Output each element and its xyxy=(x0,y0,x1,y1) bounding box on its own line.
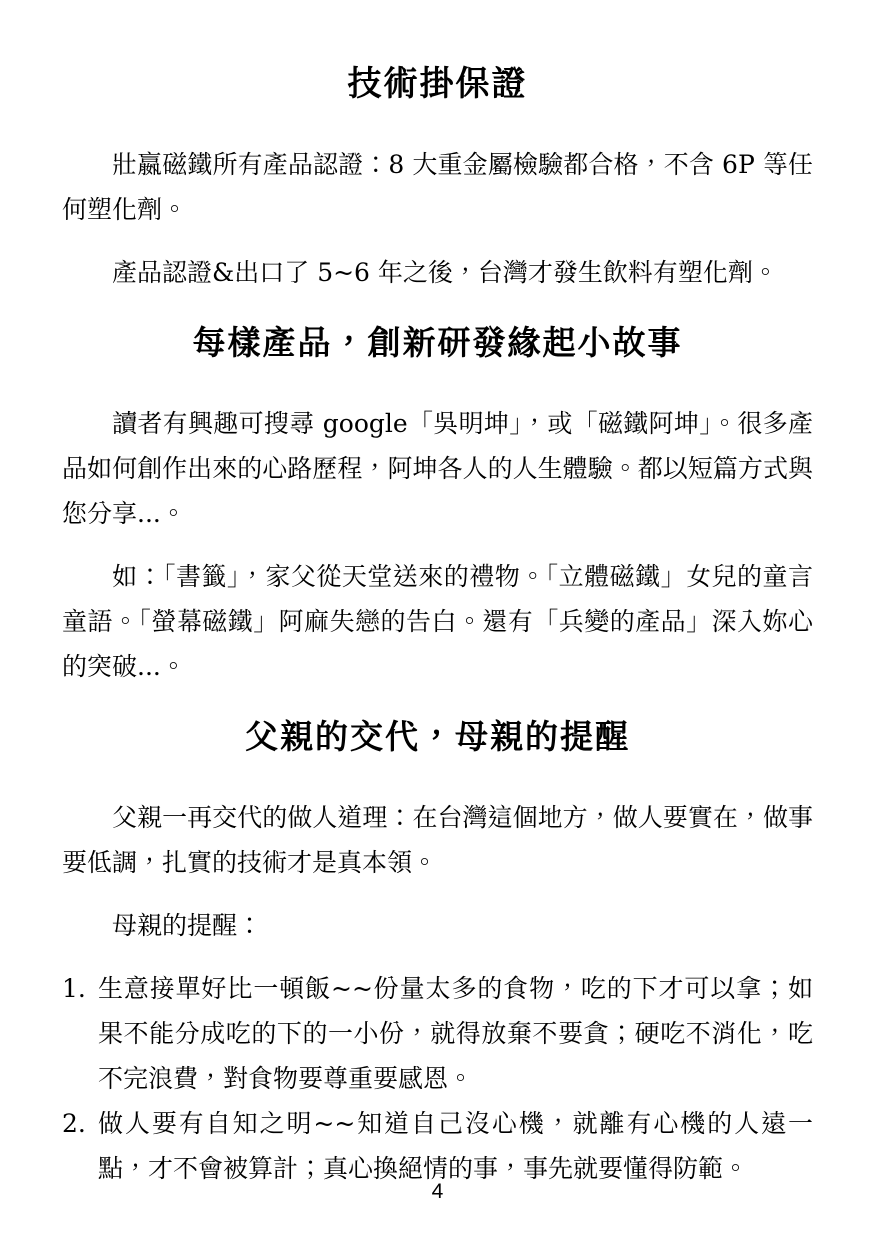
heading-parents-advice: 父親的交代，母親的提醒 xyxy=(62,715,813,759)
paragraph-product-examples: 如：「書籤」，家父從天堂送來的禮物。「立體磁鐵」女兒的童言童語。「螢幕磁鐵」阿麻… xyxy=(62,554,813,689)
paragraph-mother-reminder: 母親的提醒： xyxy=(62,903,813,948)
list-item-number: 1. xyxy=(62,966,98,1101)
doc-title: 技術掛保證 xyxy=(62,62,813,106)
list-item-text: 做人要有自知之明~~知道自己沒心機，就離有心機的人遠一點，才不會被算計；真心換絕… xyxy=(98,1101,813,1191)
paragraph-certification: 壯嬴磁鐵所有產品認證：8 大重金屬檢驗都合格，不含 6P 等任何塑化劑。 xyxy=(62,142,813,232)
page-number: 4 xyxy=(0,1180,875,1204)
list-item: 1. 生意接單好比一頓飯~~份量太多的食物，吃的下才可以拿；如果不能分成吃的下的… xyxy=(62,966,813,1101)
numbered-list: 1. 生意接單好比一頓飯~~份量太多的食物，吃的下才可以拿；如果不能分成吃的下的… xyxy=(62,966,813,1191)
paragraph-google-search: 讀者有興趣可搜尋 google「吳明坤」，或「磁鐵阿坤」。很多產品如何創作出來的… xyxy=(62,401,813,536)
heading-product-story: 每樣產品，創新研發緣起小故事 xyxy=(62,321,813,365)
list-item-text: 生意接單好比一頓飯~~份量太多的食物，吃的下才可以拿；如果不能分成吃的下的一小份… xyxy=(98,966,813,1101)
list-item: 2. 做人要有自知之明~~知道自己沒心機，就離有心機的人遠一點，才不會被算計；真… xyxy=(62,1101,813,1191)
paragraph-export: 產品認證&出口了 5~6 年之後，台灣才發生飲料有塑化劑。 xyxy=(62,250,813,295)
document-page: 技術掛保證 壯嬴磁鐵所有產品認證：8 大重金屬檢驗都合格，不含 6P 等任何塑化… xyxy=(0,0,875,1240)
list-item-number: 2. xyxy=(62,1101,98,1191)
paragraph-father-advice: 父親一再交代的做人道理：在台灣這個地方，做人要實在，做事要低調，扎實的技術才是真… xyxy=(62,795,813,885)
